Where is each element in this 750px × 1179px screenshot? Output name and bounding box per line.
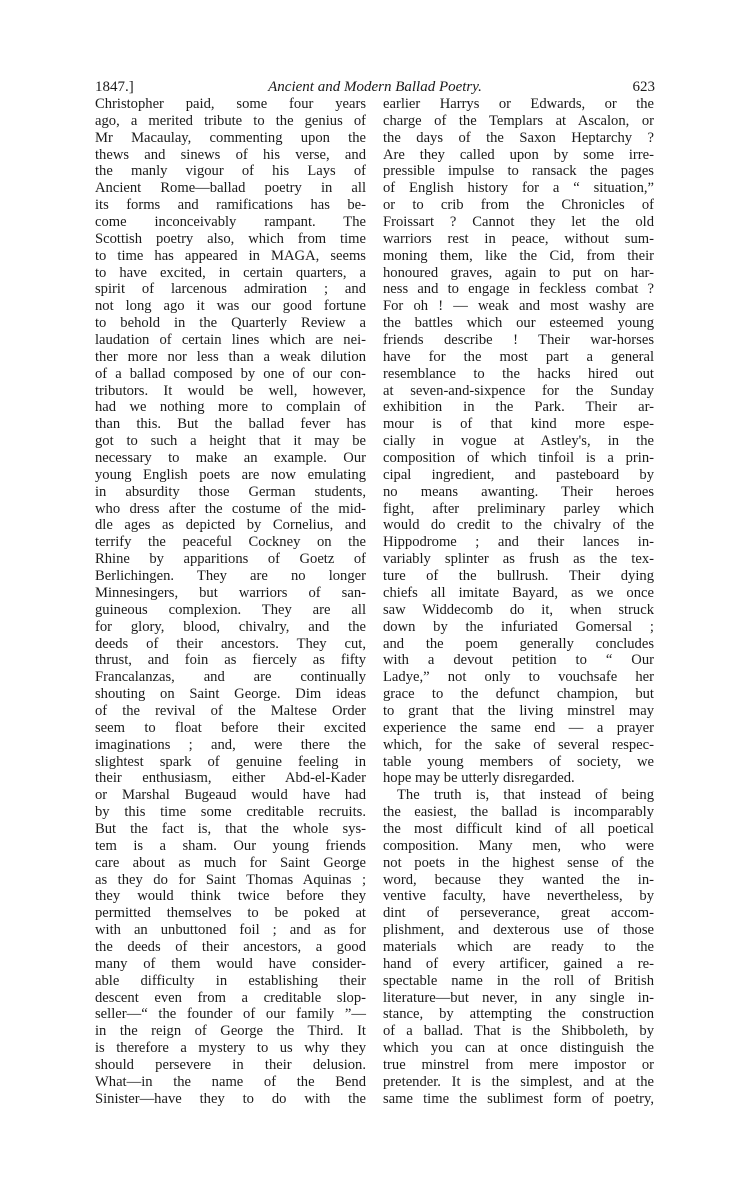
text-line: Sinister—have they to do with the [95,1091,366,1108]
text-line: permitted themselves to be poked at [95,905,366,922]
text-line: seem to float before their excited [95,720,366,737]
text-line: moning them, like the Cid, from their [383,248,654,265]
text-line: For oh ! — weak and most washy are [383,298,654,315]
text-line: in absurdity those German students, [95,484,366,501]
text-line: ness and to engage in feckless combat ? [383,281,654,298]
text-line: But the fact is, that the whole sys- [95,821,366,838]
text-line: their enthusiasm, either Abd-el-Kader [95,770,366,787]
text-line: same time the sublimest form of poetry, [383,1091,654,1108]
text-line: Hippodrome ; and their lances in- [383,534,654,551]
text-line: guineous complexion. They are all [95,602,366,619]
text-line: not poets in the highest sense of the [383,855,654,872]
text-line: many of them would have consider- [95,956,366,973]
text-line: true minstrel from mere impostor or [383,1057,654,1074]
text-line: no means awanting. Their heroes [383,484,654,501]
text-line: fight, after preliminary parley which [383,501,654,518]
text-line: slightest spark of genuine feeling in [95,754,366,771]
text-line: able difficulty in establishing their [95,973,366,990]
text-line: mour is of that kind more espe- [383,416,654,433]
text-line: descent even from a creditable slop- [95,990,366,1007]
text-line: cipal ingredient, and pasteboard by [383,467,654,484]
text-line: charge of the Templars at Ascalon, or [383,113,654,130]
text-line: or to crib from the Chronicles of [383,197,654,214]
text-line: of a ballad. That is the Shibboleth, by [383,1023,654,1040]
text-line: laudation of certain lines which are nei… [95,332,366,349]
text-line: terrify the peaceful Cockney on the [95,534,366,551]
text-line: chiefs all imitate Bayard, as we once [383,585,654,602]
text-line: earlier Harrys or Edwards, or the [383,96,654,113]
page-number: 623 [633,78,656,96]
text-line: dle ages as depicted by Cornelius, and [95,517,366,534]
header-title: Ancient and Modern Ballad Poetry. [95,78,655,96]
text-line: Minnesingers, but warriors of san- [95,585,366,602]
text-line: for glory, blood, chivalry, and the [95,619,366,636]
text-line: the easiest, the ballad is incomparably [383,804,654,821]
text-line: got to such a height that it may be [95,433,366,450]
text-line: Mr Macaulay, commenting upon the [95,130,366,147]
text-line: thrust, and foin as fiercely as fifty [95,652,366,669]
text-line: to time has appeared in MAGA, seems [95,248,366,265]
text-line: have for the most part a general [383,349,654,366]
text-line: Francalanzas, and are continually [95,669,366,686]
text-line: spectable name in the roll of British [383,973,654,990]
text-line: stance, by attempting the construction [383,1006,654,1023]
text-line: tributors. It would be well, however, [95,383,366,400]
text-line: to behold in the Quarterly Review a [95,315,366,332]
text-line: experience the same end — a prayer [383,720,654,737]
text-line: imaginations ; and, were there the [95,737,366,754]
text-line: resemblance to the hacks hired out [383,366,654,383]
text-line: to grant that the living minstrel may [383,703,654,720]
text-line: the deeds of their ancestors, a good [95,939,366,956]
text-line: Berlichingen. They are no longer [95,568,366,585]
text-line: should persevere in their delusion. [95,1057,366,1074]
text-line: care about as much for Saint George [95,855,366,872]
text-line: spirit of larcenous admiration ; and [95,281,366,298]
text-line: to have excited, in certain quarters, a [95,265,366,282]
text-line: in the reign of George the Third. It [95,1023,366,1040]
text-line: friends describe ! Their war-horses [383,332,654,349]
text-line: of English history for a “ situation,” [383,180,654,197]
text-line: seller—“ the founder of our family ”— [95,1006,366,1023]
text-line: deeds of their ancestors. They cut, [95,636,366,653]
text-line: would do credit to the chivalry of the [383,517,654,534]
running-head: 1847.] Ancient and Modern Ballad Poetry.… [95,78,655,96]
text-line: exhibition in the Park. Their ar- [383,399,654,416]
text-line: they would think twice before they [95,888,366,905]
text-line: hand of every artificer, gained a re- [383,956,654,973]
text-line: Christopher paid, some four years [95,96,366,113]
text-line: What—in the name of the Bend [95,1074,366,1091]
text-line: cially in vogue at Astley's, in the [383,433,654,450]
text-line: composition of which tinfoil is a prin- [383,450,654,467]
text-line: ventive faculty, have nevertheless, by [383,888,654,905]
text-line: pretender. It is the simplest, and at th… [383,1074,654,1091]
text-line: by this time some creditable recruits. [95,804,366,821]
text-line: at seven-and-sixpence for the Sunday [383,383,654,400]
text-line: word, because they wanted the in- [383,872,654,889]
text-line: is therefore a mystery to us why they [95,1040,366,1057]
text-line: hope may be utterly disregarded. [383,770,654,787]
text-line: warriors rest in peace, without sum- [383,231,654,248]
text-line: who dress after the costume of the mid- [95,501,366,518]
text-line: not long ago it was our good fortune [95,298,366,315]
text-line: Scottish poetry also, which from time [95,231,366,248]
text-line: The truth is, that instead of being [383,787,654,804]
text-line: saw Widdecomb do it, when struck [383,602,654,619]
text-line: pressible impulse to ransack the pages [383,163,654,180]
text-line: the most difficult kind of all poetical [383,821,654,838]
text-line: which, for the sake of several respec- [383,737,654,754]
text-line: Rhine by apparitions of Goetz of [95,551,366,568]
document-page: 1847.] Ancient and Modern Ballad Poetry.… [0,0,750,1179]
text-line: Ladye,” not only to vouchsafe her [383,669,654,686]
text-line: of the revival of the Maltese Order [95,703,366,720]
text-line: its forms and ramifications has be- [95,197,366,214]
text-line: Ancient Rome—ballad poetry in all [95,180,366,197]
text-line: ture of the bullrush. Their dying [383,568,654,585]
text-line: with a devout petition to “ Our [383,652,654,669]
text-line: plishment, and dexterous use of those [383,922,654,939]
text-line: Froissart ? Cannot they let the old [383,214,654,231]
text-line: thews and sinews of his verse, and [95,147,366,164]
text-line: ago, a merited tribute to the genius of [95,113,366,130]
text-line: had we nothing more to complain of [95,399,366,416]
text-line: tem is a sham. Our young friends [95,838,366,855]
text-line: Are they called upon by some irre- [383,147,654,164]
text-line: ther more nor less than a weak dilution [95,349,366,366]
text-line: necessary to make an example. Our [95,450,366,467]
text-line: materials which are ready to the [383,939,654,956]
text-line: down by the infuriated Gomersal ; [383,619,654,636]
text-line: table young members of society, we [383,754,654,771]
right-column: earlier Harrys or Edwards, or thecharge … [383,96,654,1108]
text-line: and the poem generally concludes [383,636,654,653]
text-line: the manly vigour of his Lays of [95,163,366,180]
text-line: variably splinter as frush as the tex- [383,551,654,568]
text-line: honoured graves, again to put on har- [383,265,654,282]
text-line: the days of the Saxon Heptarchy ? [383,130,654,147]
text-line: with an unbuttoned foil ; and as for [95,922,366,939]
text-line: which you can at once distinguish the [383,1040,654,1057]
text-line: as they do for Saint Thomas Aquinas ; [95,872,366,889]
text-line: shouting on Saint George. Dim ideas [95,686,366,703]
text-line: come inconceivably rampant. The [95,214,366,231]
text-line: literature—but never, in any single in- [383,990,654,1007]
text-line: than this. But the ballad fever has [95,416,366,433]
text-line: the battles which our esteemed young [383,315,654,332]
text-line: young English poets are now emulating [95,467,366,484]
text-line: or Marshal Bugeaud would have had [95,787,366,804]
text-line: grace to the defunct champion, but [383,686,654,703]
text-line: of a ballad composed by one of our con- [95,366,366,383]
text-line: dint of perseverance, great accom- [383,905,654,922]
left-column: Christopher paid, some four yearsago, a … [95,96,366,1108]
text-line: composition. Many men, who were [383,838,654,855]
